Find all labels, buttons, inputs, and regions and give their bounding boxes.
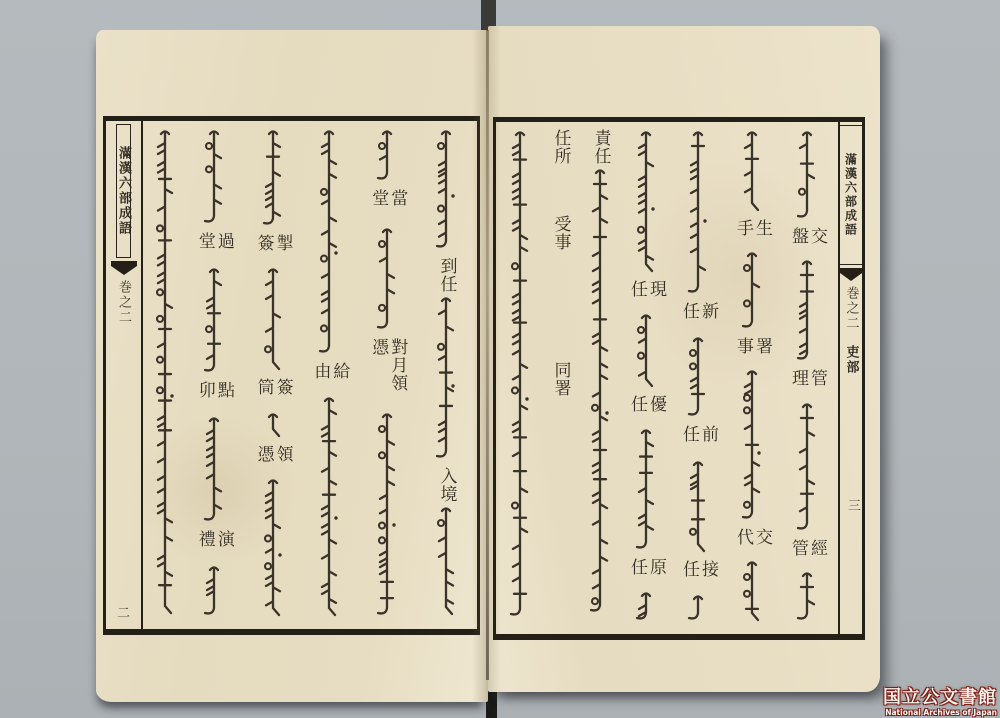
- chinese-gloss: 當堂: [368, 189, 406, 224]
- column-spacer: [542, 252, 578, 360]
- chinese-gloss: 掣簽: [254, 234, 292, 264]
- right-margin-strip: 滿漢六部成語 巻之二 吏部 三: [838, 122, 862, 634]
- manchu-column: 生手署事交代: [726, 128, 778, 628]
- manchu-phrase: [739, 250, 765, 335]
- binding-crease: [486, 30, 489, 680]
- chinese-gloss: 交代: [733, 528, 771, 557]
- left-page-content: 到任入境當堂對月領憑給由掣簽簽筒領憑過堂點卯演禮: [143, 121, 477, 629]
- right-page-content: 交盤管理經管生手署事交代新任前任接任現任優任原任責任任所受事同署: [496, 122, 838, 634]
- book-title: 滿漢六部成語: [845, 153, 857, 237]
- manchu-phrase: [685, 593, 711, 627]
- chinese-gloss: 入境: [436, 467, 455, 503]
- chinese-gloss: 責任: [590, 129, 609, 165]
- manchu-phrase: [685, 459, 711, 558]
- manchu-column: 任所受事同署: [542, 128, 578, 628]
- manchu-phrase: [201, 266, 227, 379]
- manchu-column: 到任入境: [420, 127, 472, 623]
- chinese-gloss: 管理: [788, 369, 826, 398]
- manchu-phrase: [201, 415, 227, 528]
- manchu-phrase: [794, 258, 820, 367]
- chinese-gloss: 受事: [550, 215, 569, 251]
- section-label: 吏部: [845, 345, 858, 375]
- manchu-phrase: [739, 368, 765, 526]
- fishtail-mark-icon: [840, 268, 862, 282]
- manchu-phrase: [260, 266, 286, 376]
- manchu-phrase: [152, 128, 178, 620]
- manchu-phrase: [374, 411, 400, 622]
- chinese-gloss: 現任: [627, 280, 665, 310]
- manchu-column: 當堂對月領憑: [359, 127, 415, 623]
- chinese-gloss: 同署: [550, 361, 569, 397]
- manchu-phrase: [201, 128, 227, 230]
- manchu-phrase: [374, 128, 400, 187]
- manchu-phrase: [633, 312, 659, 393]
- left-text-frame: 滿漢六部成語 巻之二 二 到任入境當堂對月領憑給由掣簽簽筒領憑過堂點卯演禮: [103, 116, 480, 635]
- manchu-phrase: [794, 570, 820, 627]
- manchu-phrase: [260, 128, 286, 232]
- chinese-gloss: 演禮: [195, 530, 233, 562]
- manchu-phrase: [587, 167, 613, 619]
- chinese-gloss: 點卯: [195, 381, 233, 413]
- archive-name-jp: 国立公文書館: [883, 683, 997, 709]
- chinese-gloss: 對月領憑: [368, 338, 406, 409]
- manchu-column: 現任優任原任: [622, 128, 670, 628]
- left-page: 滿漢六部成語 巻之二 二 到任入境當堂對月領憑給由掣簽簽筒領憑過堂點卯演禮: [96, 30, 488, 702]
- manchu-phrase: [201, 564, 227, 622]
- manchu-phrase: [794, 129, 820, 225]
- archive-watermark: 国立公文書館 National Archives of Japan: [883, 683, 997, 717]
- volume-label: 巻之二: [117, 280, 130, 325]
- fishtail-mark-icon: [111, 261, 137, 276]
- manchu-phrase: [685, 129, 711, 300]
- manchu-phrase: [316, 395, 342, 622]
- chinese-gloss: 領憑: [254, 445, 292, 475]
- manchu-column: 新任前任接任: [673, 128, 723, 628]
- manchu-phrase: [739, 559, 765, 627]
- manchu-phrase: [633, 427, 659, 556]
- page-number-right: 三: [848, 495, 861, 514]
- book-title: 滿漢六部成語: [117, 146, 130, 236]
- scanned-book-photograph: 滿漢六部成語 巻之二 二 到任入境當堂對月領憑給由掣簽簽筒領憑過堂點卯演禮 交盤…: [0, 0, 1000, 718]
- chinese-gloss: 交盤: [788, 227, 826, 256]
- chinese-gloss: 新任: [679, 302, 717, 333]
- book-title-box: 滿漢六部成語: [840, 125, 863, 265]
- manchu-phrase: [433, 505, 459, 621]
- manchu-phrase: [685, 335, 711, 423]
- chinese-gloss: 任所: [550, 129, 569, 165]
- chinese-gloss: 署事: [733, 337, 771, 366]
- chinese-gloss: 生手: [733, 219, 771, 248]
- manchu-column: 交盤管理經管: [781, 128, 833, 628]
- chinese-gloss: 到任: [436, 257, 455, 293]
- right-text-frame: 交盤管理經管生手署事交代新任前任接任現任優任原任責任任所受事同署 滿漢六部成語 …: [493, 117, 865, 640]
- manchu-phrase: [433, 295, 459, 465]
- manchu-phrase: [633, 129, 659, 278]
- chinese-gloss: 簽筒: [254, 378, 292, 408]
- chinese-gloss: 原任: [627, 558, 665, 588]
- chinese-gloss: 接任: [679, 560, 717, 591]
- volume-label: 巻之二: [845, 286, 858, 331]
- manchu-column: 掣簽簽筒領憑: [246, 127, 300, 623]
- archive-name-en: National Archives of Japan: [883, 708, 997, 717]
- left-margin-strip: 滿漢六部成語 巻之二 二: [106, 121, 143, 629]
- manchu-phrase: [739, 129, 765, 217]
- manchu-column: 給由: [304, 127, 354, 623]
- manchu-phrase: [794, 401, 820, 537]
- column-spacer: [542, 166, 578, 214]
- right-page: 交盤管理經管生手署事交代新任前任接任現任優任原任責任任所受事同署 滿漢六部成語 …: [488, 26, 880, 692]
- manchu-column: 過堂點卯演禮: [187, 127, 241, 623]
- book-title-box: 滿漢六部成語: [116, 124, 131, 258]
- manchu-phrase: [633, 590, 659, 627]
- manchu-phrase: [260, 477, 286, 622]
- chinese-gloss: 經管: [788, 539, 826, 568]
- manchu-column: 責任: [581, 128, 619, 628]
- chinese-gloss: 前任: [679, 425, 717, 456]
- chinese-gloss: 優任: [627, 395, 665, 425]
- manchu-column: [501, 128, 539, 628]
- manchu-phrase: [433, 128, 459, 255]
- chinese-gloss: 過堂: [195, 232, 233, 264]
- manchu-phrase: [260, 411, 286, 443]
- chinese-gloss: 給由: [310, 362, 348, 393]
- manchu-column: [148, 127, 182, 623]
- manchu-phrase: [374, 226, 400, 336]
- page-number-left: 二: [117, 602, 130, 621]
- manchu-phrase: [507, 129, 533, 623]
- manchu-phrase: [316, 128, 342, 360]
